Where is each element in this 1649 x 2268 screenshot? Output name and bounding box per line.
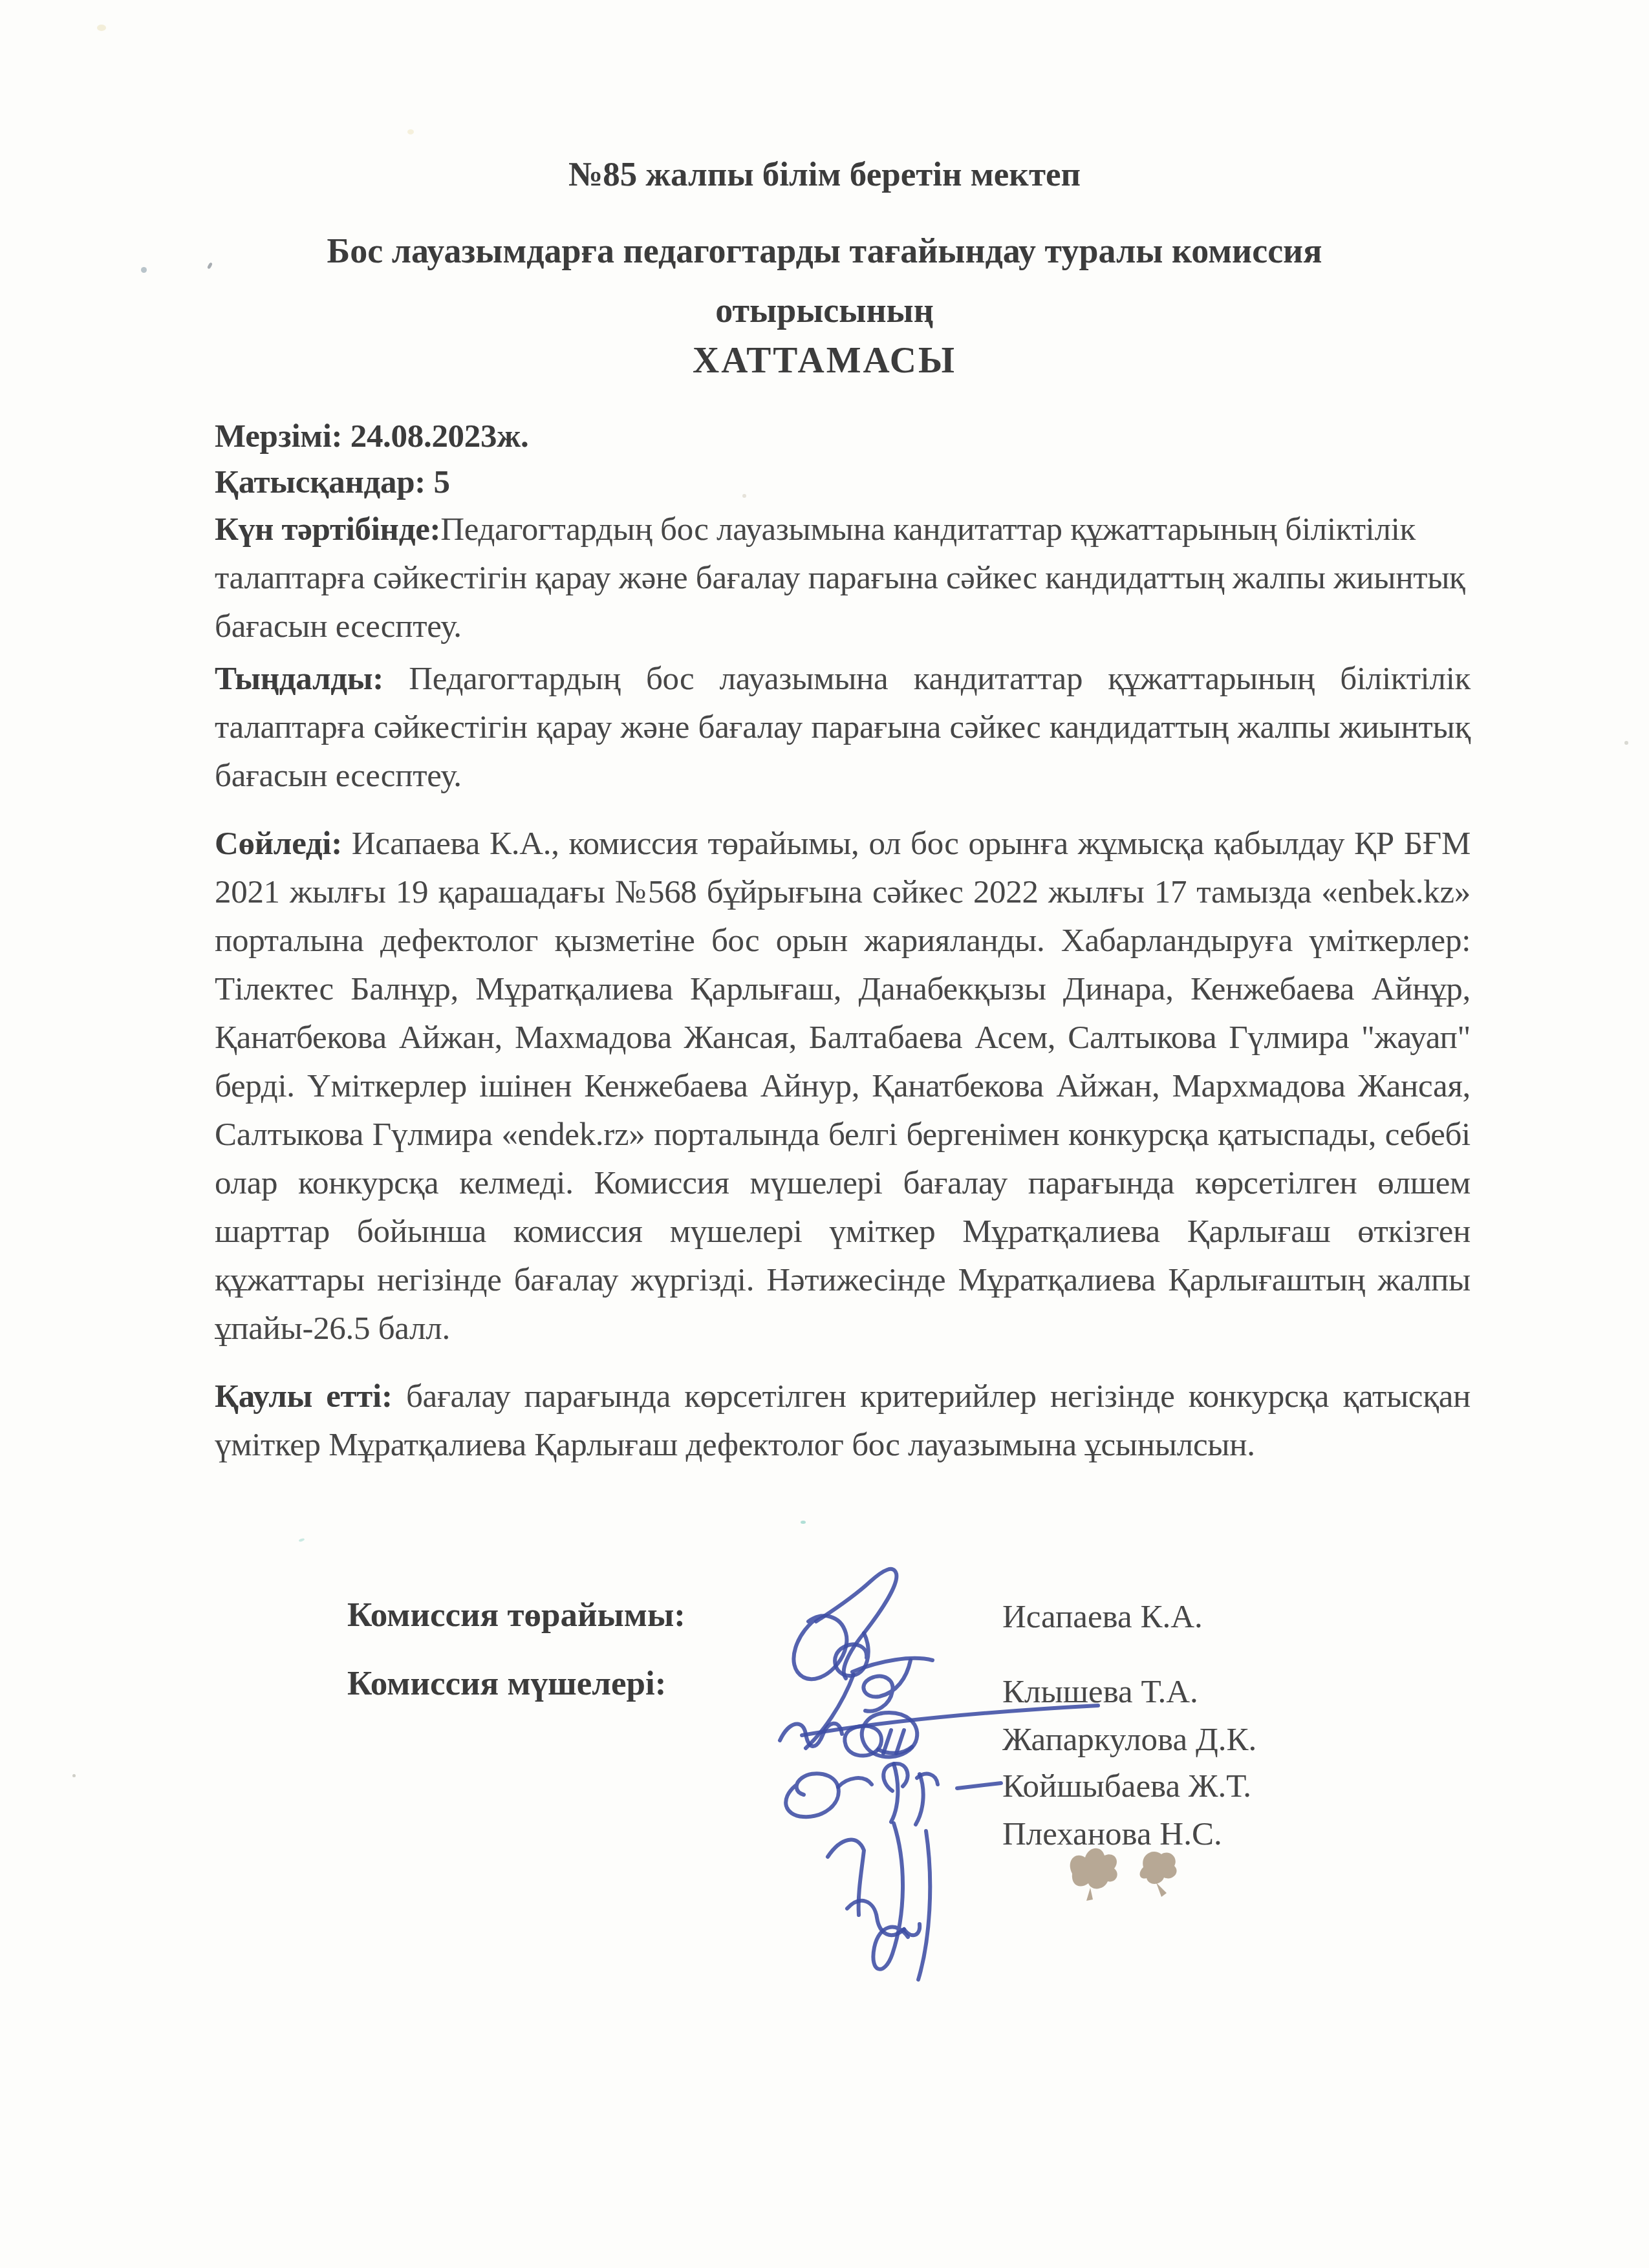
- commission-members-label: Комиссия мүшелері:: [347, 1664, 666, 1703]
- agenda-paragraph: Күн тәртібінде:Педагогтардың бос лауазым…: [215, 506, 1471, 651]
- member-signature-ink: [786, 1764, 1001, 1824]
- doc-title-text: Бос лауазымдарға педагогтарды тағайындау…: [297, 221, 1352, 340]
- scan-speck: [97, 25, 106, 31]
- scan-speck: [299, 1538, 305, 1543]
- agenda-label: Күн тәртібінде:: [215, 511, 440, 548]
- doc-title: Бос лауазымдарға педагогтарды тағайындау…: [0, 221, 1649, 340]
- spoke-paragraph: Сөйледі: Исапаева К.А., комиссия төрайым…: [215, 820, 1471, 1353]
- resolution-paragraph: Қаулы етті: бағалау парағында көрсетілге…: [215, 1373, 1471, 1470]
- date-label: Мерзімі:: [215, 418, 342, 455]
- document-body: Мерзімі: 24.08.2023ж. Қатысқандар: 5 Күн…: [215, 414, 1471, 1470]
- member-signature-ink: [828, 1823, 930, 1980]
- participants-label: Қатысқандар:: [215, 464, 426, 500]
- heard-text: Педагогтардың бос лауазымына кандитаттар…: [215, 661, 1471, 794]
- resolution-text: бағалау парағында көрсетілген критерийле…: [215, 1378, 1471, 1463]
- scan-speck: [72, 1774, 76, 1777]
- participants-value: 5: [433, 464, 449, 500]
- date-value: 24.08.2023ж.: [350, 418, 529, 455]
- resolution-label: Қаулы етті:: [215, 1378, 393, 1415]
- heard-label: Тыңдалды:: [215, 661, 383, 697]
- spoke-label: Сөйледі:: [215, 826, 342, 862]
- scan-speck: [141, 267, 147, 273]
- school-title: №85 жалпы білім беретін мектеп: [0, 155, 1649, 194]
- scan-speck: [742, 494, 746, 498]
- scan-speck: [1624, 741, 1628, 745]
- participants-line: Қатысқандар: 5: [215, 460, 1471, 506]
- spoke-text: Исапаева К.А., комиссия төрайымы, ол бос…: [215, 826, 1471, 1347]
- member-signature-ink: [852, 1658, 932, 1757]
- signatures-ink-overlay: [744, 1519, 1390, 2011]
- stamp-mark: [1053, 1828, 1195, 1912]
- member-signature-ink: [780, 1706, 1098, 1756]
- scan-speck: [801, 1521, 806, 1524]
- scanned-protocol-page: №85 жалпы білім беретін мектеп Бос лауаз…: [0, 0, 1649, 2268]
- chair-signature-ink: [793, 1569, 896, 1748]
- heard-paragraph: Тыңдалды: Педагогтардың бос лауазымына к…: [215, 655, 1471, 800]
- date-line: Мерзімі: 24.08.2023ж.: [215, 414, 1471, 460]
- commission-chair-label: Комиссия төрайымы:: [347, 1596, 685, 1634]
- scan-speck: [407, 129, 414, 134]
- doc-type-heading: ХАТТАМАСЫ: [0, 339, 1649, 381]
